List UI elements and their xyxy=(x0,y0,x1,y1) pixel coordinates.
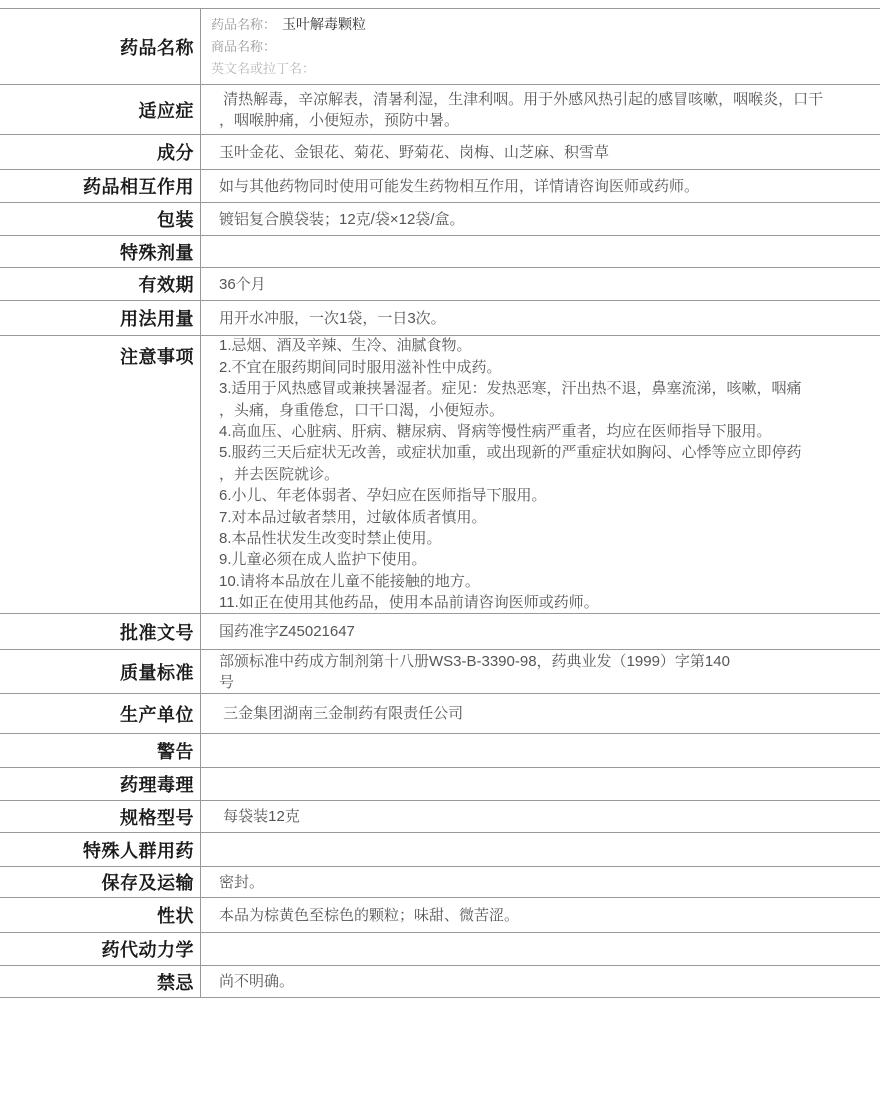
row-special-population: 特殊人群用药 xyxy=(0,833,880,867)
row-label: 药代动力学 xyxy=(0,933,201,965)
trade-name-label: 商品名称： xyxy=(211,39,276,54)
generic-name-value: 玉叶解毒颗粒 xyxy=(282,16,366,32)
drug-name-cell: 药品名称：玉叶解毒颗粒 商品名称： 英文名或拉丁名： xyxy=(201,9,880,84)
row-value xyxy=(201,933,880,965)
row-value: 尚不明确。 xyxy=(201,966,880,997)
row-storage-transport: 保存及运输 密封。 xyxy=(0,867,880,898)
row-dosage-usage: 用法用量 用开水冲服，一次1袋，一日3次。 xyxy=(0,301,880,336)
row-value: 密封。 xyxy=(201,867,880,897)
drug-info-table: 药品名称 药品名称：玉叶解毒颗粒 商品名称： 英文名或拉丁名： 适应症 清热解毒… xyxy=(0,8,880,998)
english-name-line: 英文名或拉丁名： xyxy=(211,58,880,80)
row-manufacturer: 生产单位 三金集团湖南三金制药有限责任公司 xyxy=(0,694,880,734)
row-label: 注意事项 xyxy=(0,336,201,613)
row-value xyxy=(201,236,880,267)
row-quality-standard: 质量标准 部颁标准中药成方制剂第十八册WS3-B-3390-98，药典业发（19… xyxy=(0,650,880,694)
row-drug-name: 药品名称 药品名称：玉叶解毒颗粒 商品名称： 英文名或拉丁名： xyxy=(0,9,880,85)
row-label: 批准文号 xyxy=(0,614,201,649)
row-value: 如与其他药物同时使用可能发生药物相互作用，详情请咨询医师或药师。 xyxy=(201,170,880,202)
row-label: 质量标准 xyxy=(0,650,201,693)
row-label: 规格型号 xyxy=(0,801,201,832)
row-contraindications: 禁忌 尚不明确。 xyxy=(0,966,880,998)
row-shelf-life: 有效期 36个月 xyxy=(0,268,880,301)
generic-name-label: 药品名称： xyxy=(211,17,276,32)
row-label: 特殊人群用药 xyxy=(0,833,201,866)
row-packaging: 包装 镀铝复合膜袋装；12克/袋×12袋/盒。 xyxy=(0,203,880,236)
row-value: 1.忌烟、酒及辛辣、生冷、油腻食物。 2.不宜在服药期间同时服用滋补性中成药。 … xyxy=(201,336,880,613)
row-pharmacology-toxicology: 药理毒理 xyxy=(0,768,880,801)
row-value: 三金集团湖南三金制药有限责任公司 xyxy=(201,694,880,733)
row-value: 玉叶金花、金银花、菊花、野菊花、岗梅、山芝麻、积雪草 xyxy=(201,135,880,169)
row-approval-number: 批准文号 国药准字Z45021647 xyxy=(0,614,880,650)
row-label: 包装 xyxy=(0,203,201,235)
row-label: 成分 xyxy=(0,135,201,169)
row-drug-interactions: 药品相互作用 如与其他药物同时使用可能发生药物相互作用，详情请咨询医师或药师。 xyxy=(0,170,880,203)
row-value: 部颁标准中药成方制剂第十八册WS3-B-3390-98，药典业发（1999）字第… xyxy=(201,650,880,693)
row-value: 清热解毒，辛凉解表，清暑利湿，生津利咽。用于外感风热引起的感冒咳嗽，咽喉炎，口干… xyxy=(201,85,880,134)
row-label: 适应症 xyxy=(0,85,201,134)
row-label: 药品相互作用 xyxy=(0,170,201,202)
row-precautions: 注意事项 1.忌烟、酒及辛辣、生冷、油腻食物。 2.不宜在服药期间同时服用滋补性… xyxy=(0,336,880,614)
row-warning: 警告 xyxy=(0,734,880,768)
row-value: 每袋装12克 xyxy=(201,801,880,832)
row-special-dosage: 特殊剂量 xyxy=(0,236,880,268)
row-label: 药理毒理 xyxy=(0,768,201,800)
row-label: 特殊剂量 xyxy=(0,236,201,267)
trade-name-line: 商品名称： xyxy=(211,36,880,58)
row-label: 用法用量 xyxy=(0,301,201,335)
row-value xyxy=(201,734,880,767)
row-value: 本品为棕黄色至棕色的颗粒；味甜、微苦涩。 xyxy=(201,898,880,932)
row-label: 有效期 xyxy=(0,268,201,300)
row-pharmacokinetics: 药代动力学 xyxy=(0,933,880,966)
row-label: 生产单位 xyxy=(0,694,201,733)
row-label: 药品名称 xyxy=(0,9,201,84)
row-ingredients: 成分 玉叶金花、金银花、菊花、野菊花、岗梅、山芝麻、积雪草 xyxy=(0,135,880,170)
row-label: 性状 xyxy=(0,898,201,932)
row-specification: 规格型号 每袋装12克 xyxy=(0,801,880,833)
generic-name-line: 药品名称：玉叶解毒颗粒 xyxy=(211,13,880,36)
row-value: 镀铝复合膜袋装；12克/袋×12袋/盒。 xyxy=(201,203,880,235)
row-indications: 适应症 清热解毒，辛凉解表，清暑利湿，生津利咽。用于外感风热引起的感冒咳嗽，咽喉… xyxy=(0,85,880,135)
row-value: 用开水冲服，一次1袋，一日3次。 xyxy=(201,301,880,335)
row-value: 国药准字Z45021647 xyxy=(201,614,880,649)
row-label: 禁忌 xyxy=(0,966,201,997)
row-value xyxy=(201,833,880,866)
row-value: 36个月 xyxy=(201,268,880,300)
row-label: 警告 xyxy=(0,734,201,767)
row-label: 保存及运输 xyxy=(0,867,201,897)
row-value xyxy=(201,768,880,800)
row-description: 性状 本品为棕黄色至棕色的颗粒；味甜、微苦涩。 xyxy=(0,898,880,933)
english-name-label: 英文名或拉丁名： xyxy=(211,61,315,76)
